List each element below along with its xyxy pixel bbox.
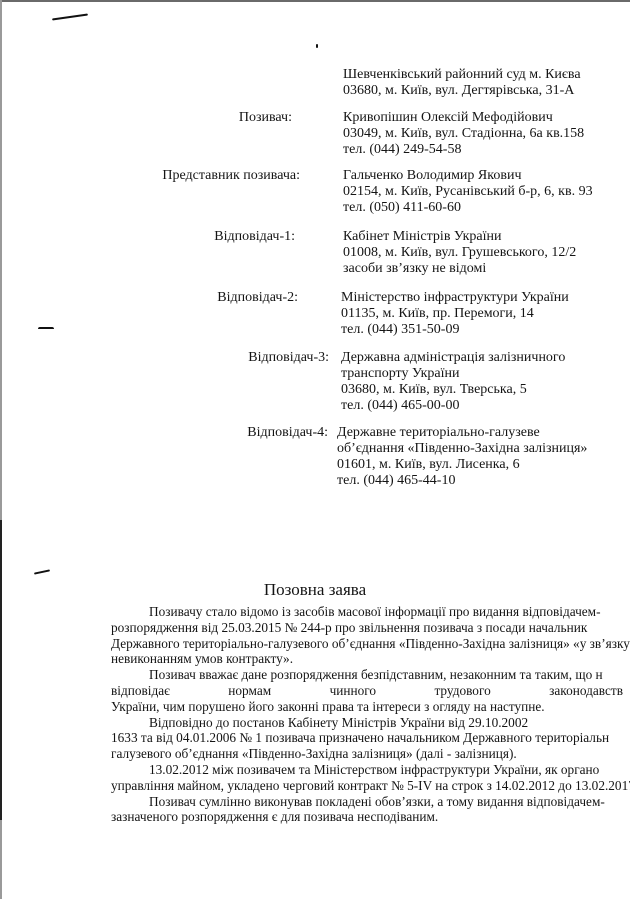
document-body: Позивачу стало відомо із засобів масової…: [111, 604, 630, 825]
defendant-4-name-2: об’єднання «Південно-Західна залізниця»: [337, 441, 587, 457]
representative-phone: тел. (050) 411-60-60: [343, 200, 593, 216]
scan-mark-margin-2: [34, 569, 50, 574]
defendant-3-phone: тел. (044) 465-00-00: [341, 398, 565, 414]
court-block: Шевченківський районний суд м. Києва 036…: [343, 67, 581, 99]
body-line: 13.02.2012 між позивачем та Міністерство…: [111, 762, 630, 778]
justified-word: нормам: [228, 683, 271, 699]
scan-top-edge: [0, 0, 630, 2]
scanned-document-page: Шевченківський районний суд м. Києва 036…: [0, 0, 630, 899]
body-line: Позивачу стало відомо із засобів масової…: [111, 604, 630, 620]
defendant-3-name-1: Державна адміністрація залізничного: [341, 350, 565, 366]
defendant-4-name-1: Державне територіально-галузеве: [337, 425, 587, 441]
defendant-1-block: Кабінет Міністрів України 01008, м. Київ…: [343, 229, 576, 277]
body-line-justified: відповідає нормам чинного трудового зако…: [111, 683, 630, 699]
body-line: управління майном, укладено черговий кон…: [111, 778, 630, 794]
body-line: розпорядження від 25.03.2015 № 244-р про…: [111, 620, 630, 636]
justified-word: законодавств: [549, 683, 623, 699]
justified-word: відповідає: [111, 683, 170, 699]
defendant-1-name: Кабінет Міністрів України: [343, 229, 576, 245]
court-name: Шевченківський районний суд м. Києва: [343, 67, 581, 83]
defendant-2-phone: тел. (044) 351-50-09: [341, 322, 569, 338]
representative-block: Гальченко Володимир Якович 02154, м. Киї…: [343, 168, 593, 216]
justified-word: чинного: [330, 683, 376, 699]
document-title: Позовна заява: [0, 580, 630, 600]
defendant-1-label: Відповідач-1:: [214, 229, 295, 245]
body-line: України, чим порушено його законні права…: [111, 699, 630, 715]
defendant-1-address: 01008, м. Київ, вул. Грушевського, 12/2: [343, 245, 576, 261]
plaintiff-block: Кривопішин Олексій Мефодійович 03049, м.…: [343, 110, 584, 158]
defendant-2-label: Відповідач-2:: [217, 290, 298, 306]
body-line: невиконанням умов контракту».: [111, 651, 630, 667]
scan-left-edge-shadow: [0, 520, 2, 820]
plaintiff-address: 03049, м. Київ, вул. Стадіонна, 6а кв.15…: [343, 126, 584, 142]
body-line: Позивач вважає дане розпорядження безпід…: [111, 667, 630, 683]
body-line: зазначеного розпорядження є для позивача…: [111, 809, 630, 825]
defendant-4-block: Державне територіально-галузеве об’єднан…: [337, 425, 587, 489]
representative-name: Гальченко Володимир Якович: [343, 168, 593, 184]
defendant-1-contact: засоби зв’язку не відомі: [343, 261, 576, 277]
defendant-3-name-2: транспорту України: [341, 366, 565, 382]
plaintiff-phone: тел. (044) 249-54-58: [343, 142, 584, 158]
defendant-2-name: Міністерство інфраструктури України: [341, 290, 569, 306]
defendant-4-phone: тел. (044) 465-44-10: [337, 473, 587, 489]
defendant-2-address: 01135, м. Київ, пр. Перемоги, 14: [341, 306, 569, 322]
body-line: Державного територіально-галузевого об’є…: [111, 636, 630, 652]
scan-mark-top-dot: [316, 44, 318, 48]
body-line: 1633 та від 04.01.2006 № 1 позивача приз…: [111, 730, 630, 746]
body-line: галузевого об’єднання «Південно-Західна …: [111, 746, 630, 762]
scan-mark-top-dash: [52, 14, 88, 21]
defendant-3-address: 03680, м. Київ, вул. Тверська, 5: [341, 382, 565, 398]
justified-word: трудового: [434, 683, 490, 699]
body-line: Відповідно до постанов Кабінету Міністрі…: [111, 715, 630, 731]
plaintiff-name: Кривопішин Олексій Мефодійович: [343, 110, 584, 126]
plaintiff-label: Позивач:: [239, 110, 292, 126]
defendant-4-address: 01601, м. Київ, вул. Лисенка, 6: [337, 457, 587, 473]
representative-label: Представник позивача:: [162, 168, 300, 184]
defendant-3-block: Державна адміністрація залізничного тран…: [341, 350, 565, 414]
defendant-2-block: Міністерство інфраструктури України 0113…: [341, 290, 569, 338]
representative-address: 02154, м. Київ, Русанівський б-р, 6, кв.…: [343, 184, 593, 200]
scan-mark-margin-1: [38, 327, 54, 329]
defendant-4-label: Відповідач-4:: [247, 425, 328, 441]
defendant-3-label: Відповідач-3:: [248, 350, 329, 366]
body-line: Позивач сумлінно виконував покладені обо…: [111, 794, 630, 810]
court-address: 03680, м. Київ, вул. Дегтярівська, 31-А: [343, 83, 581, 99]
